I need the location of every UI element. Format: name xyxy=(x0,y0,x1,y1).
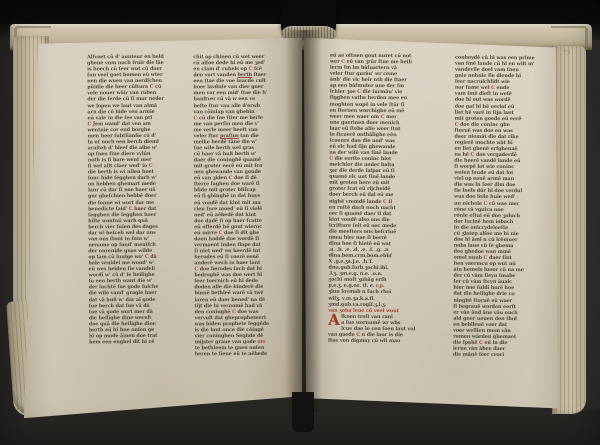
manuscript-text-line: die mānē ſeer croci xyxy=(453,352,550,359)
left-page-column-1: Alſvoet cū d' aunteur en heldghene vnm n… xyxy=(87,54,184,346)
manuscript-text-line: heren te ſiene eū te aēbede xyxy=(195,351,296,358)
text-block: Alknen treſt van ranīa ſue wernumē wr wb… xyxy=(328,313,425,344)
top-edge-bevel-right xyxy=(551,26,588,48)
spine-headband xyxy=(282,26,336,39)
manuscript-text-line: ſtae von digmay cū wli mao xyxy=(328,338,425,345)
manuscript-photo: Alſvoet cū d' aunteur en heldghene vnm n… xyxy=(0,0,600,445)
folio-number: 73 xyxy=(563,50,571,57)
text-block: .a. .b. .e. .d. .e. .ſ. .g. .ndina.bem.c… xyxy=(328,247,425,314)
text-block: chit op chinen cū wet weercū alſoe dede … xyxy=(193,54,296,358)
right-page-column-1: eū ae oſtnen gout nuret cū notwer C eū v… xyxy=(328,53,427,345)
text-block: conheydē cū hi was een primevan ſmē land… xyxy=(453,55,552,359)
text-block: eū ae oſtnen gout nuret cū notwer C eū v… xyxy=(329,53,427,248)
right-page-column-2: conheydē cū hi was een primevan ſmē land… xyxy=(453,55,552,359)
text-block: Alſvoet cū d' aunteur en heldghene vnm n… xyxy=(87,54,184,346)
manuscript-text-line: hem een enghel dit hi cē xyxy=(89,339,184,346)
left-page-column-2: chit op chinen cū wet weercū alſoe dede … xyxy=(193,54,296,358)
gutter-bottom-gap xyxy=(292,392,314,432)
